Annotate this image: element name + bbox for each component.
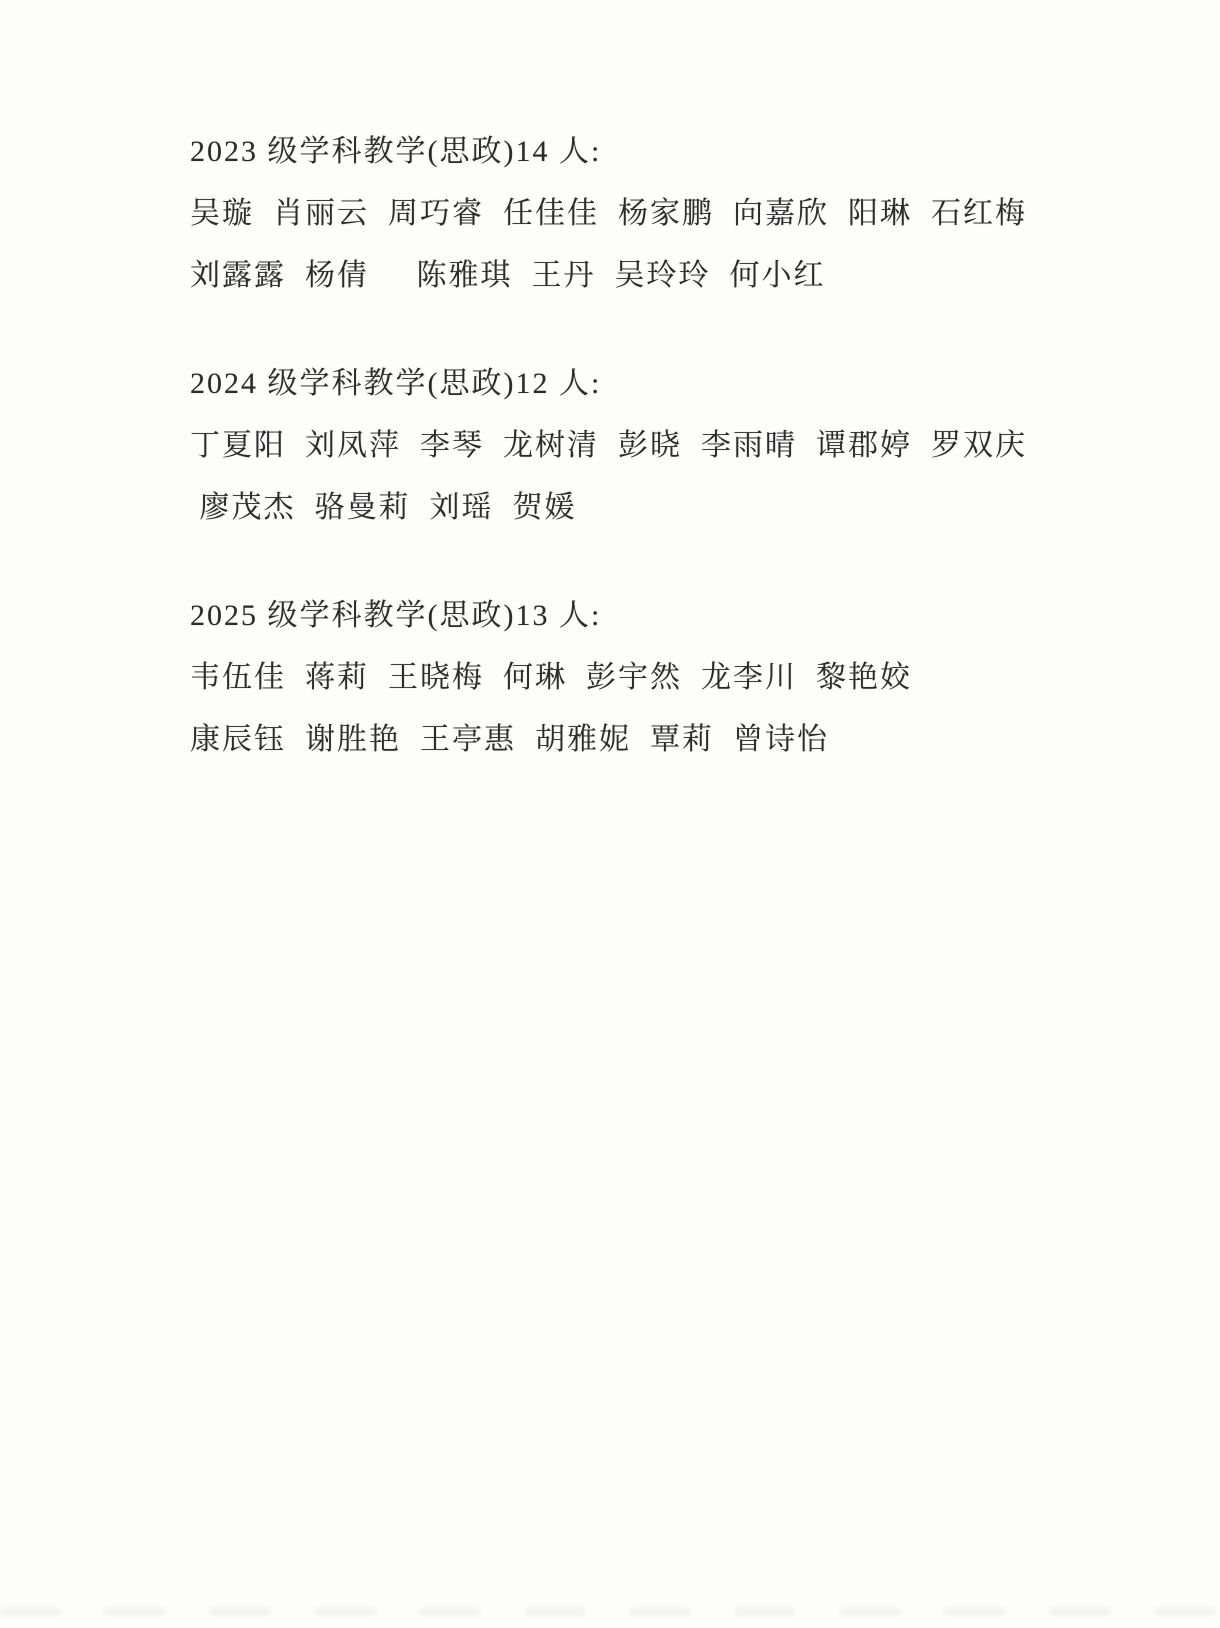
name-list-line: 韦伍佳 蒋莉 王晓梅 何琳 彭宇然 龙李川 黎艳姣 — [190, 658, 1140, 698]
cohort-section-2024: 2024 级学科教学(思政)12 人: 丁夏阳 刘凤萍 李琴 龙树清 彭晓 李雨… — [190, 364, 1140, 528]
scan-artifact-strip — [0, 1607, 1220, 1616]
cohort-section-2025: 2025 级学科教学(思政)13 人: 韦伍佳 蒋莉 王晓梅 何琳 彭宇然 龙李… — [190, 596, 1140, 760]
document-page: 2023 级学科教学(思政)14 人: 吴璇 肖丽云 周巧睿 任佳佳 杨家鹏 向… — [0, 0, 1220, 1628]
section-heading: 2024 级学科教学(思政)12 人: — [190, 364, 1140, 404]
section-heading: 2025 级学科教学(思政)13 人: — [190, 596, 1140, 636]
name-list-line: 吴璇 肖丽云 周巧睿 任佳佳 杨家鹏 向嘉欣 阳琳 石红梅 — [190, 194, 1140, 234]
section-heading: 2023 级学科教学(思政)14 人: — [190, 132, 1140, 172]
name-list-line: 刘露露 杨倩 陈雅琪 王丹 吴玲玲 何小红 — [190, 256, 1140, 296]
name-list-line: 廖茂杰 骆曼莉 刘瑶 贺媛 — [190, 488, 1140, 528]
name-list-line: 康辰钰 谢胜艳 王亭惠 胡雅妮 覃莉 曾诗怡 — [190, 720, 1140, 760]
cohort-section-2023: 2023 级学科教学(思政)14 人: 吴璇 肖丽云 周巧睿 任佳佳 杨家鹏 向… — [190, 132, 1140, 296]
name-list-line: 丁夏阳 刘凤萍 李琴 龙树清 彭晓 李雨晴 谭郡婷 罗双庆 — [190, 426, 1140, 466]
document-content: 2023 级学科教学(思政)14 人: 吴璇 肖丽云 周巧睿 任佳佳 杨家鹏 向… — [190, 132, 1140, 828]
